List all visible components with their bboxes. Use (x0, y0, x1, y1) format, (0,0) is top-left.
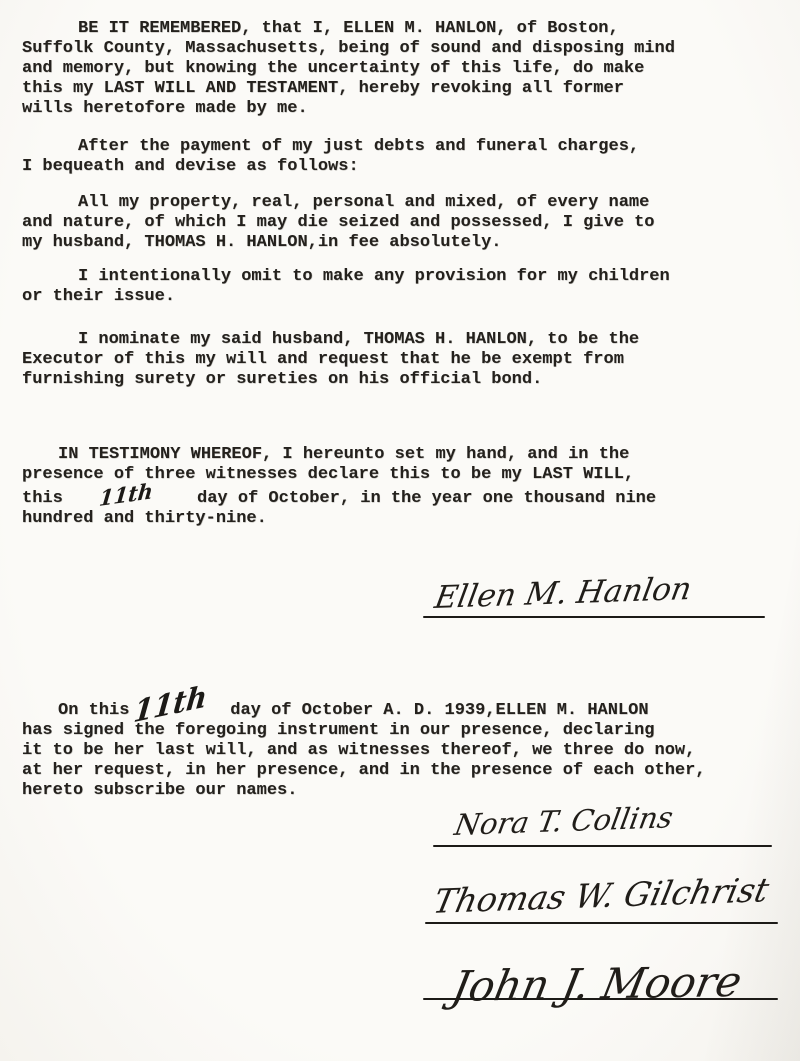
witness-signature-line-1 (433, 845, 772, 847)
attestation-paragraph: On this11thday of October A. D. 1939,ELL… (22, 694, 782, 801)
witness-signature-3: John J. Moore (448, 957, 746, 1011)
witness-signature-line-3 (423, 998, 778, 1000)
handwritten-day-attestation: 11th (133, 686, 208, 722)
testimony-paragraph: IN TESTIMONY WHEREOF, I hereunto set my … (22, 445, 782, 529)
debts-paragraph: After the payment of my just debts and f… (22, 137, 782, 177)
handwritten-day-testimony: 11th (98, 481, 154, 509)
bequest-paragraph: All my property, real, personal and mixe… (22, 193, 782, 253)
testator-signature-line (423, 616, 765, 618)
witness-signature-1: Nora T. Collins (452, 800, 676, 842)
will-document-page: BE IT REMEMBERED, that I, ELLEN M. HANLO… (0, 0, 800, 1061)
opening-paragraph: BE IT REMEMBERED, that I, ELLEN M. HANLO… (22, 19, 782, 119)
witness-signature-2: Thomas W. Gilchrist (430, 870, 773, 921)
attestation-text-before-day: On this (58, 701, 129, 720)
witness-signature-line-2 (425, 922, 778, 924)
executor-paragraph: I nominate my said husband, THOMAS H. HA… (22, 330, 782, 390)
omission-paragraph: I intentionally omit to make any provisi… (22, 267, 782, 307)
testator-signature: Ellen M. Hanlon (432, 571, 694, 616)
